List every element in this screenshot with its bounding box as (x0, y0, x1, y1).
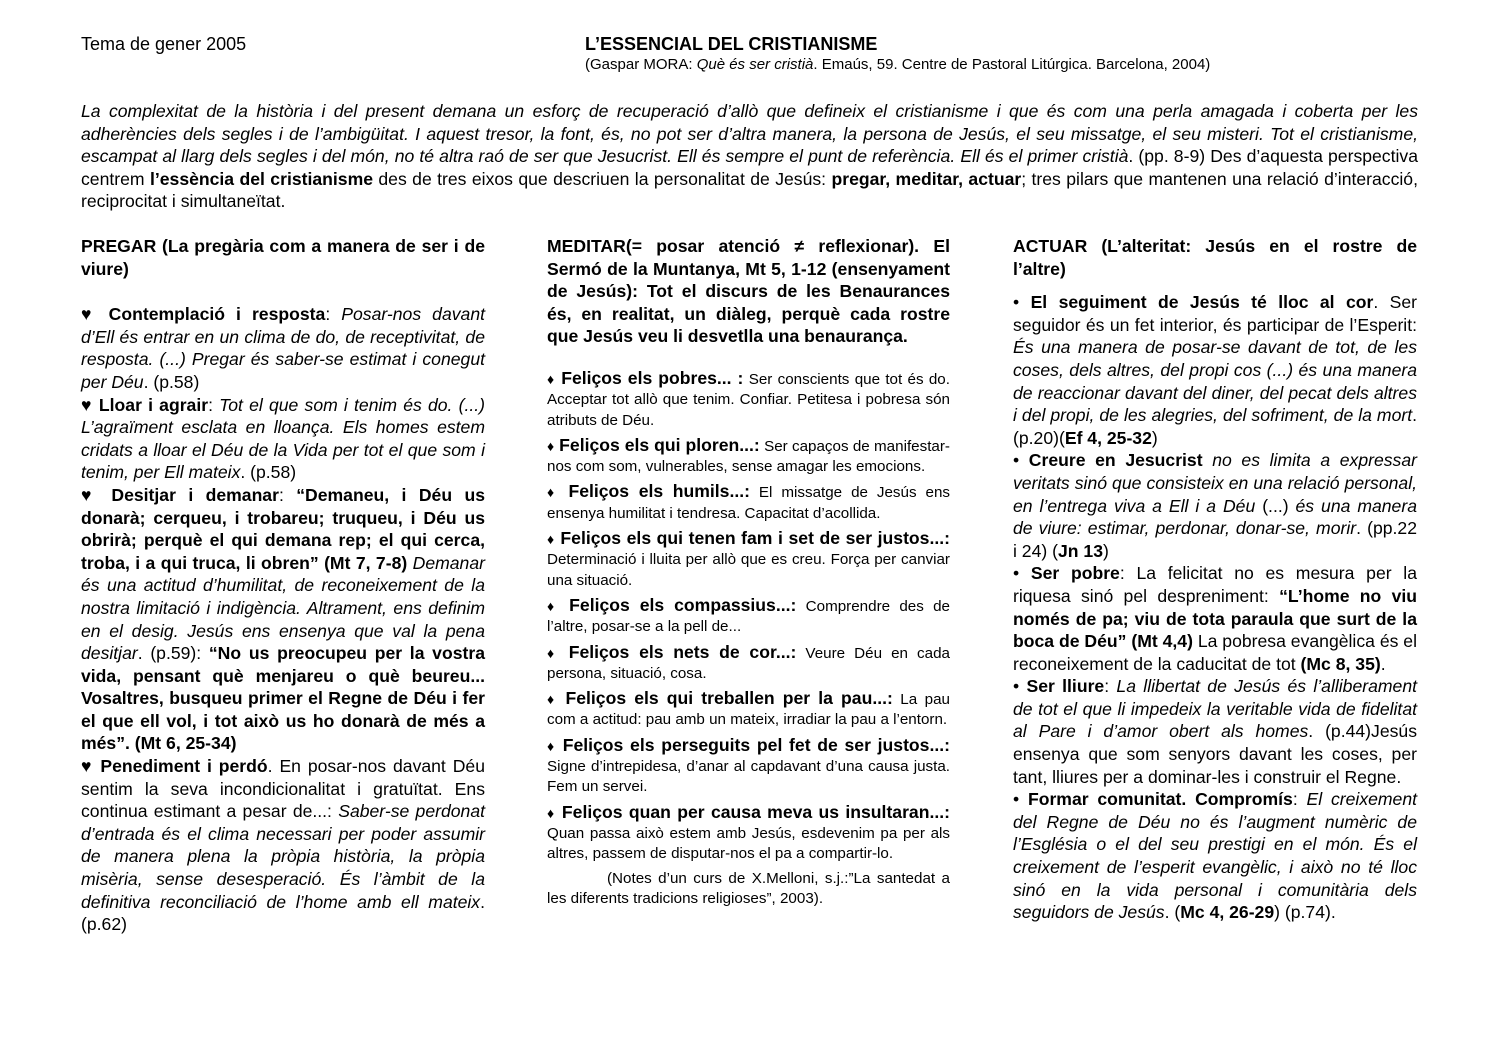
diamond-bullet-icon: ♦ (547, 738, 556, 754)
text-run (1203, 450, 1213, 470)
text-run: Penediment i perdó (93, 756, 267, 776)
column-heading: PREGAR (La pregària com a manera de ser … (81, 235, 485, 280)
text-run: Jn 13 (1058, 541, 1103, 561)
text-run: Feliços els nets de cor...: (559, 642, 796, 662)
list-item: ♦ Feliços els qui ploren...: Ser capaços… (547, 435, 950, 478)
text-run: pregar, meditar, actuar (831, 169, 1021, 189)
list-item: ♦ Feliços els pobres... : Ser conscients… (547, 368, 950, 431)
text-run: Feliços els compassius...: (559, 595, 796, 615)
text-run: : (279, 485, 296, 505)
text-run: (Gaspar MORA: (585, 56, 697, 73)
text-run: . ( (1165, 902, 1181, 922)
text-run: ) (1152, 428, 1158, 448)
heart-bullet-icon: ♥ (81, 395, 93, 415)
text-run: PREGAR (81, 236, 156, 256)
column-pregar: PREGAR (La pregària com a manera de ser … (81, 235, 485, 936)
text-run: Mc 4, 26-29 (1180, 902, 1274, 922)
text-run: És una manera de posar-se davant de tot,… (1013, 337, 1417, 425)
list-item: • Creure en Jesucrist no es limita a exp… (1013, 449, 1417, 562)
text-run: Feliços els humils...: (559, 481, 750, 501)
list-item: ♥ Lloar i agrair: Tot el que som i tenim… (81, 394, 485, 484)
list-item: ♦ Feliços els qui treballen per la pau..… (547, 688, 950, 731)
list-item: ♦ Feliços els perseguits pel fet de ser … (547, 735, 950, 798)
document-source: (Gaspar MORA: Què és ser cristià. Emaús,… (585, 55, 1210, 74)
topic-label: Tema de gener 2005 (81, 34, 246, 55)
column-actuar: ACTUAR (L’alteritat: Jesús en el rostre … (1013, 235, 1417, 924)
text-run: Ser pobre (1019, 563, 1120, 583)
list-item: ♥ Contemplació i resposta: Posar-nos dav… (81, 303, 485, 393)
column-meditar: MEDITAR(= posar atenció ≠ reflexionar). … (547, 235, 950, 909)
text-run: Ef 4, 25-32 (1065, 428, 1152, 448)
text-run: Desitjar i demanar (99, 485, 279, 505)
text-run: Feliços els pobres... : (555, 368, 743, 388)
text-run: . Emaús, 59. Centre de Pastoral Litúrgic… (813, 56, 1210, 73)
text-run: Feliços els qui ploren...: (554, 435, 760, 455)
column-heading: ACTUAR (L’alteritat: Jesús en el rostre … (1013, 235, 1417, 280)
diamond-bullet-icon: ♦ (547, 484, 559, 500)
text-run: Lloar i agrair (93, 395, 208, 415)
heart-bullet-icon: ♥ (81, 756, 93, 776)
text-run: Contemplació i resposta (98, 304, 326, 324)
list-item: • Ser lliure: La llibertat de Jesús és l… (1013, 675, 1417, 788)
list-item: ♥ Penediment i perdó. En posar-nos davan… (81, 755, 485, 936)
text-run: Formar comunitat. Compromís (1019, 789, 1293, 809)
bullet-list: ♦ Feliços els pobres... : Ser conscients… (547, 368, 950, 865)
document-title: L’ESSENCIAL DEL CRISTIANISME (585, 34, 1210, 55)
column-heading: MEDITAR(= posar atenció ≠ reflexionar). … (547, 235, 950, 348)
text-run: Què és ser cristià (697, 56, 814, 73)
text-run: Determinació i lluita per allò que es cr… (547, 551, 950, 588)
diamond-bullet-icon: ♦ (547, 371, 555, 387)
list-item: ♦ Feliços els compassius...: Comprendre … (547, 595, 950, 638)
text-run: Ser lliure (1019, 676, 1104, 696)
text-run: El seguiment de Jesús té lloc al cor (1019, 292, 1373, 312)
list-item: • El seguiment de Jesús té lloc al cor. … (1013, 291, 1417, 449)
document-header: L’ESSENCIAL DEL CRISTIANISME (Gaspar MOR… (585, 34, 1210, 74)
text-run: ACTUAR (L’alteritat: Jesús en el rostre … (1013, 236, 1417, 279)
text-run: . (p.58) (144, 372, 200, 392)
list-item: ♦ Feliços els humils...: El missatge de … (547, 481, 950, 524)
text-run: ( (156, 236, 168, 256)
text-run: Feliços quan per causa meva us insultara… (556, 802, 950, 822)
text-run: Signe d’intrepidesa, d’anar al capdavant… (547, 758, 950, 795)
list-item: • Formar comunitat. Compromís: El creixe… (1013, 788, 1417, 924)
text-run: ) (1103, 541, 1109, 561)
text-run: : (1293, 789, 1307, 809)
text-run: : (1104, 676, 1116, 696)
text-run: MEDITAR(= posar atenció ≠ reflexionar). … (547, 236, 950, 346)
text-run: Feliços els perseguits pel fet de ser ju… (556, 735, 950, 755)
text-run: (...) (1255, 496, 1295, 516)
diamond-bullet-icon: ♦ (547, 531, 555, 547)
diamond-bullet-icon: ♦ (547, 691, 557, 707)
diamond-bullet-icon: ♦ (547, 805, 556, 821)
text-run: des de tres eixos que descriuen la perso… (373, 169, 831, 189)
heart-bullet-icon: ♥ (81, 485, 99, 505)
list-item: ♦ Feliços els qui tenen fam i set de ser… (547, 528, 950, 591)
bullet-list: ♥ Contemplació i resposta: Posar-nos dav… (81, 303, 485, 936)
list-item: • Ser pobre: La felicitat no es mesura p… (1013, 562, 1417, 675)
bullet-list: • El seguiment de Jesús té lloc al cor. … (1013, 291, 1417, 924)
text-run: . (1381, 654, 1386, 674)
list-item: ♥ Desitjar i demanar: “Demaneu, i Déu us… (81, 484, 485, 755)
list-item: ♦ Feliços quan per causa meva us insulta… (547, 802, 950, 865)
text-run: Quan passa això estem amb Jesús, esdeven… (547, 825, 950, 862)
list-item: ♦ Feliços els nets de cor...: Veure Déu … (547, 642, 950, 685)
text-run: Creure en Jesucrist (1019, 450, 1202, 470)
intro-paragraph: La complexitat de la història i del pres… (81, 100, 1418, 213)
text-run: : (208, 395, 219, 415)
text-run: Feliços els qui tenen fam i set de ser j… (555, 528, 950, 548)
text-run: ) (p.74). (1274, 902, 1336, 922)
diamond-bullet-icon: ♦ (547, 598, 559, 614)
text-run: . (p.59): (138, 643, 209, 663)
text-run: : (325, 304, 341, 324)
diamond-bullet-icon: ♦ (547, 645, 559, 661)
text-run: Feliços els qui treballen per la pau...: (557, 688, 892, 708)
text-run: l’essència del cristianisme (150, 169, 373, 189)
source-note: (Notes d’un curs de X.Melloni, s.j.:”La … (547, 869, 950, 910)
text-run: (Mc 8, 35) (1301, 654, 1381, 674)
heart-bullet-icon: ♥ (81, 304, 98, 324)
text-run: . (p.58) (240, 462, 296, 482)
